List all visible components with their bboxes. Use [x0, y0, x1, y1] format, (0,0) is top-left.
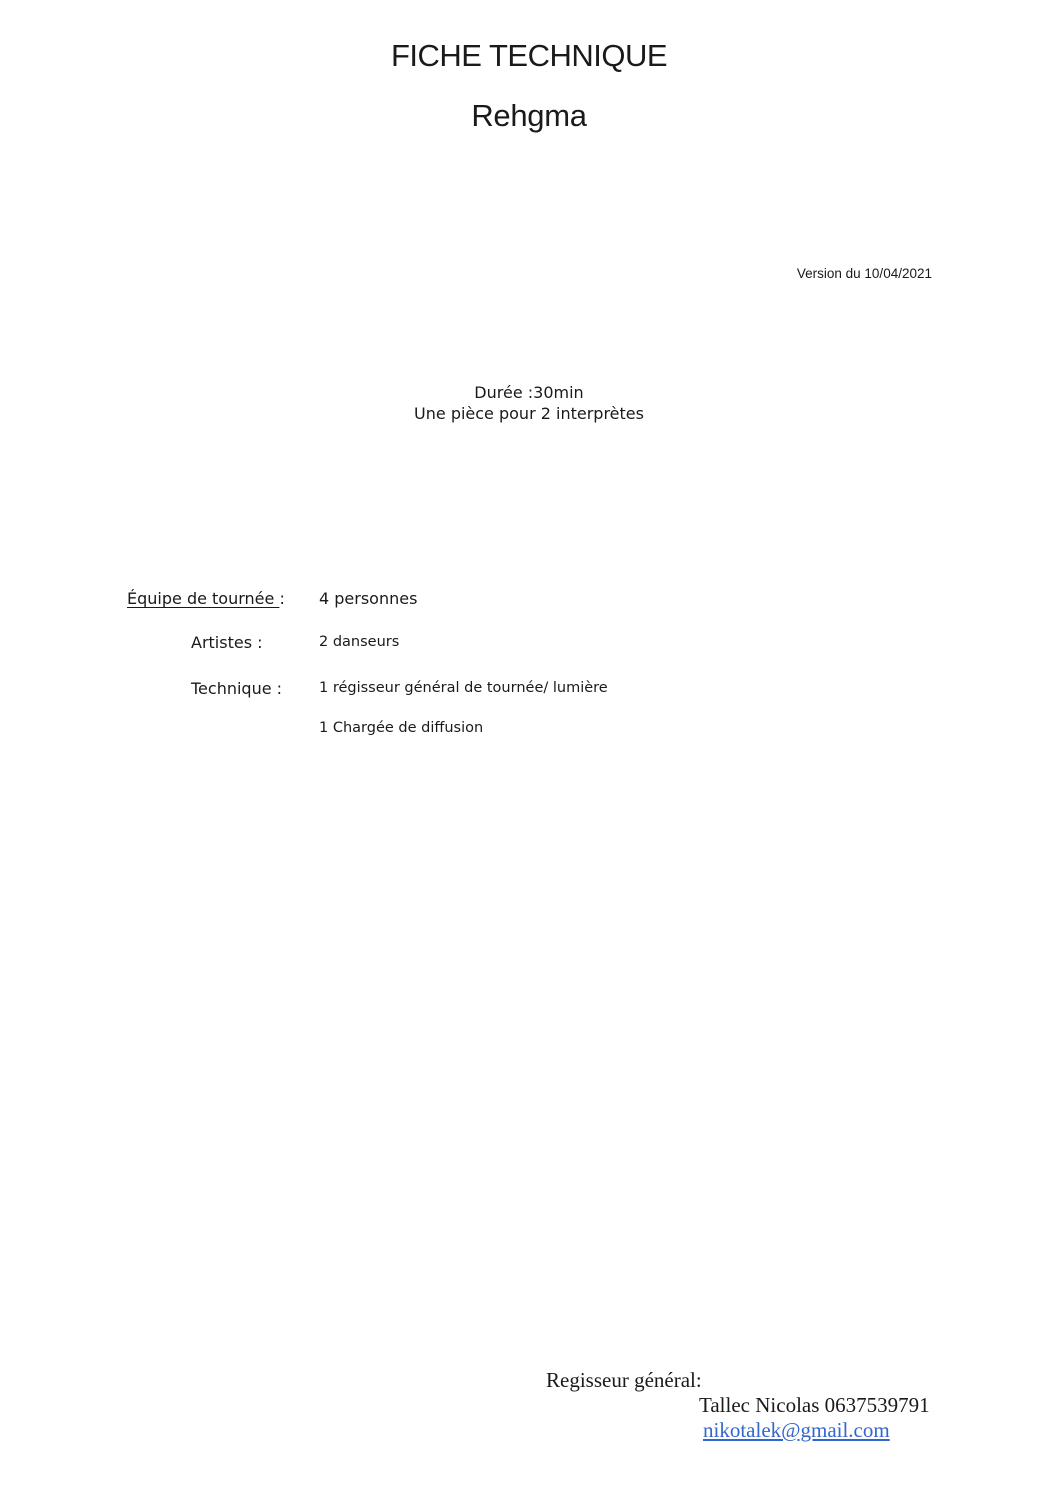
touring-team-count: 4 personnes — [319, 589, 417, 608]
show-name: Rehgma — [0, 98, 1058, 134]
touring-team-colon: : — [279, 589, 284, 608]
document-title: FICHE TECHNIQUE — [0, 38, 1058, 74]
touring-team-label: Équipe de tournée : — [127, 589, 285, 608]
technique-value: 1 Chargée de diffusion — [319, 720, 483, 736]
version-date: Version du 10/04/2021 — [797, 266, 932, 281]
technique-value: 1 régisseur général de tournée/ lumière — [319, 680, 608, 696]
contact-title: Regisseur général: — [546, 1368, 702, 1393]
contact-name-phone: Tallec Nicolas 0637539791 — [699, 1393, 930, 1418]
technique-label: Technique : — [191, 679, 282, 698]
artists-label: Artistes : — [191, 633, 263, 652]
artists-value: 2 danseurs — [319, 634, 399, 650]
duration: Durée :30min — [0, 382, 1058, 403]
contact-email-link[interactable]: nikotalek@gmail.com — [703, 1418, 890, 1443]
piece-description: Une pièce pour 2 interprètes — [0, 403, 1058, 424]
touring-team-label-text: Équipe de tournée — [127, 589, 279, 608]
